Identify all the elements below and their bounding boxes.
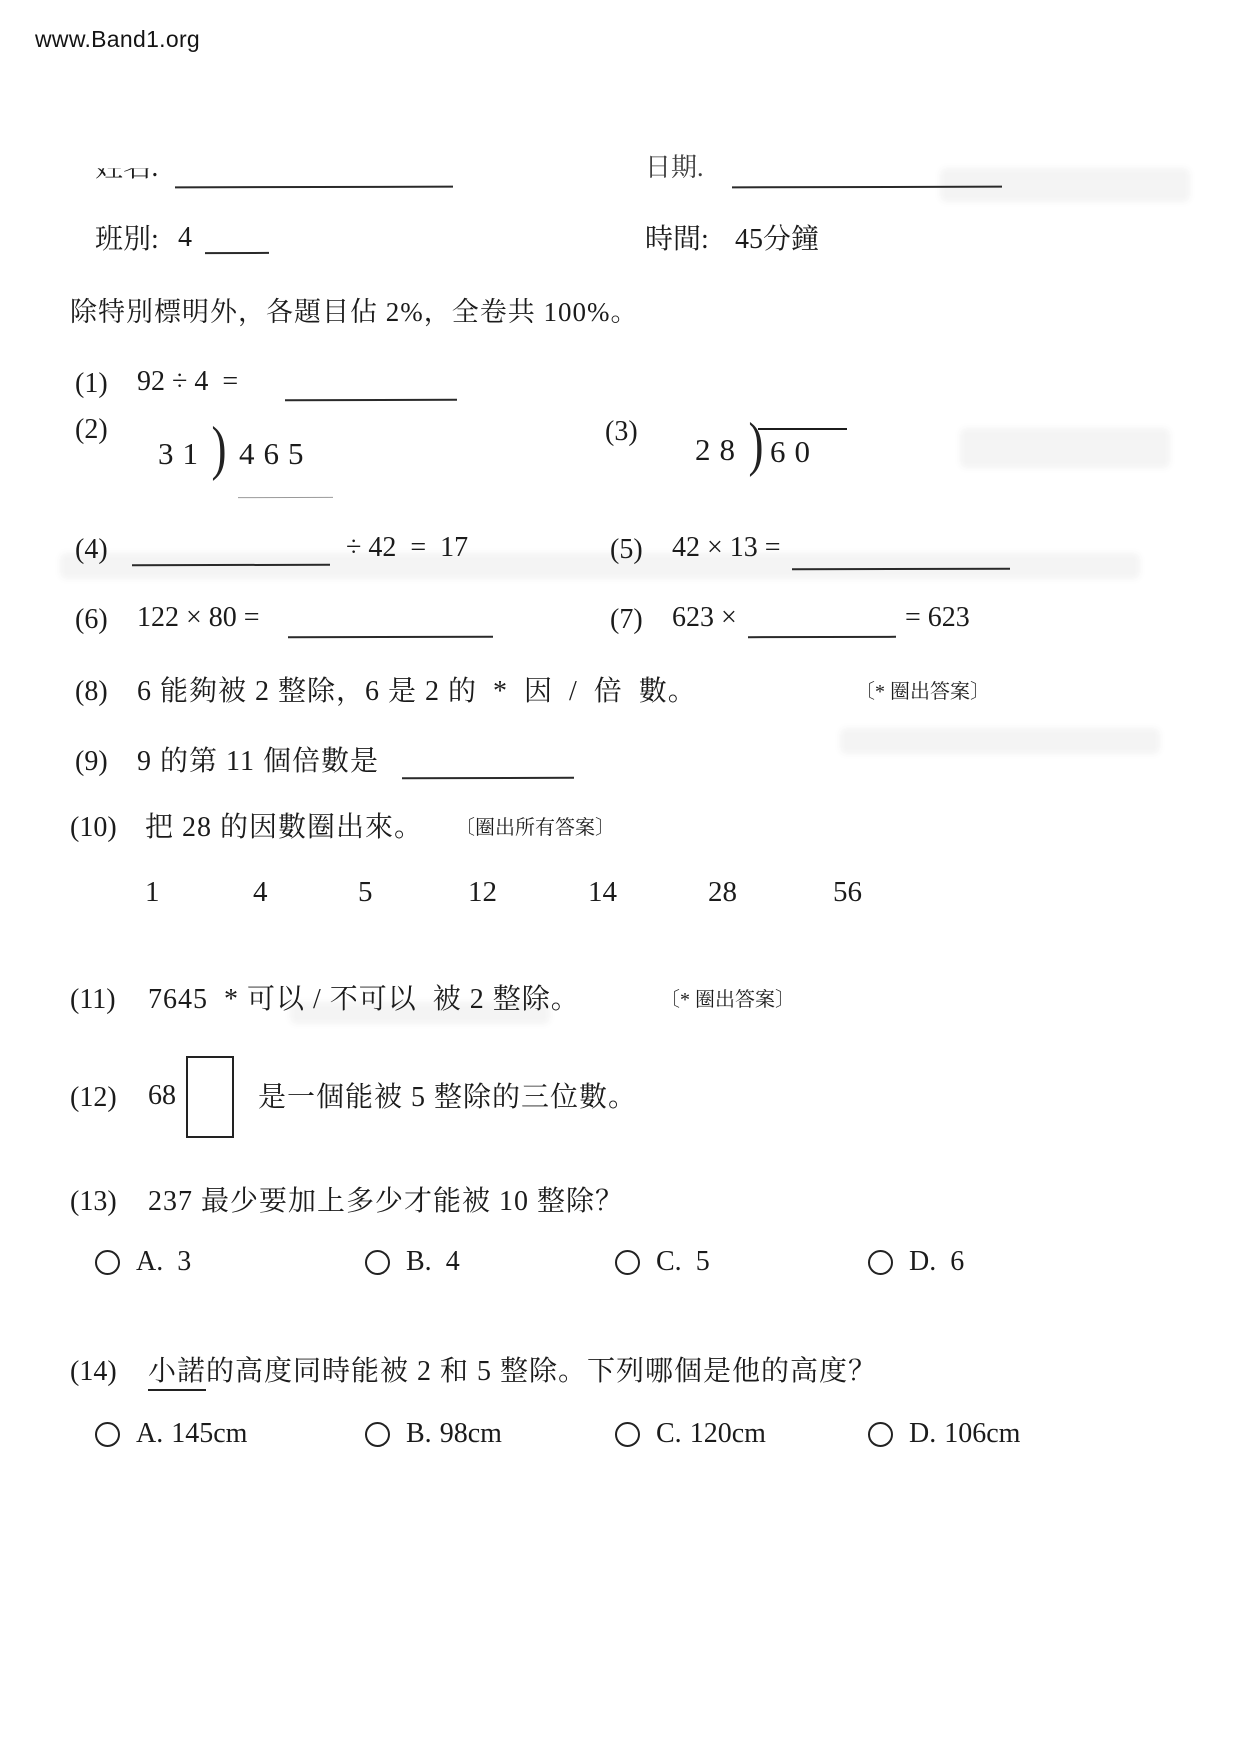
q7-answer-blank[interactable] [748,636,896,638]
q10-choice-1[interactable]: 1 [145,876,160,909]
q13-option-b[interactable]: B. 4 [365,1246,460,1278]
q8-text: 6 能夠被 2 整除，6 是 2 的 * 因 / 倍 數。 [137,674,697,709]
class-label: 班別: [95,222,159,257]
q12-digit-answer-box[interactable] [186,1056,234,1138]
q11-text: 7645 * 可以 / 不可以 被 2 整除。 [148,982,580,1017]
option-label: B. [406,1246,432,1278]
q3-long-division: 28 ) 60 [695,416,847,473]
class-blank[interactable] [205,252,269,254]
site-watermark: www.Band1.org [35,26,200,53]
q3-dividend: 60 [758,428,847,470]
option-value: 120cm [690,1418,766,1450]
q13-option-d[interactable]: D. 6 [868,1246,964,1278]
q10-choice-14[interactable]: 14 [588,876,617,909]
q1-expression: 92 ÷ 4 = [137,364,238,399]
date-label: 日期. [645,152,704,185]
q11-note: 〔* 圈出答案〕 [660,988,795,1013]
q10-number: (10) [70,810,117,845]
q10-choice-12[interactable]: 12 [468,876,497,909]
q8-note: 〔* 圈出答案〕 [855,680,990,705]
q14-option-b[interactable]: B. 98cm [365,1418,502,1450]
q3-number: (3) [605,414,638,449]
radio-circle-icon[interactable] [615,1250,640,1275]
q2-work-line[interactable] [238,497,333,498]
q10-choice-5[interactable]: 5 [358,876,373,909]
q2-divisor: 31 [158,436,207,472]
radio-circle-icon[interactable] [95,1250,120,1275]
option-label: D. [909,1246,936,1278]
q12-number: (12) [70,1080,117,1115]
q1-answer-blank[interactable] [285,399,457,401]
exam-page: www.Band1.org 姓名: 日期. 班別: 4 時間: 45分鐘 除特別… [0,0,1240,1754]
option-label: C. [656,1418,682,1450]
q13-option-c[interactable]: C. 5 [615,1246,710,1278]
q10-choice-28[interactable]: 28 [708,876,737,909]
name-blank[interactable] [175,186,453,189]
scan-artifact [840,728,1160,754]
q4-number: (4) [75,532,108,567]
q7-expression-right: = 623 [905,600,970,635]
option-label: A. [136,1418,163,1450]
q14-option-c[interactable]: C. 120cm [615,1418,766,1450]
name-label-text: 姓名: [95,150,159,185]
q11-number: (11) [70,982,116,1017]
q1-number: (1) [75,366,108,401]
radio-circle-icon[interactable] [868,1422,893,1447]
option-value: 145cm [171,1418,247,1450]
q10-note: 〔圈出所有答案〕 [455,816,615,841]
option-value: 6 [950,1246,964,1278]
option-label: D. [909,1418,936,1450]
q12-prefix: 68 [148,1078,176,1113]
q14-option-a[interactable]: A. 145cm [95,1418,247,1450]
q14-text-line: 小諾的高度同時能被 2 和 5 整除。下列哪個是他的高度？ [148,1354,877,1389]
option-label: A. [136,1246,163,1278]
q14-option-d[interactable]: D. 106cm [868,1418,1020,1450]
option-value: 98cm [440,1418,502,1450]
radio-circle-icon[interactable] [615,1422,640,1447]
q4-expression: ÷ 42 = 17 [346,530,468,565]
q3-divisor: 28 [695,432,744,468]
scan-artifact [960,428,1170,468]
q8-number: (8) [75,674,108,709]
radio-circle-icon[interactable] [95,1422,120,1447]
name-label: 姓名: [95,150,159,185]
q9-number: (9) [75,744,108,779]
q14-subject-underlined: 小諾 [148,1356,206,1391]
q10-text: 把 28 的因數圈出來。 [145,810,423,845]
q2-number: (2) [75,412,108,447]
q5-number: (5) [610,532,643,567]
time-value: 45分鐘 [735,222,819,257]
radio-circle-icon[interactable] [868,1250,893,1275]
q14-text: 的高度同時能被 2 和 5 整除。下列哪個是他的高度？ [206,1356,877,1387]
option-value: 3 [177,1246,191,1278]
q10-choice-56[interactable]: 56 [833,876,862,909]
option-value: 5 [696,1246,710,1278]
q2-long-division: 31 ) 465 [158,420,320,477]
option-label: B. [406,1418,432,1450]
q12-suffix: 是一個能被 5 整除的三位數。 [258,1080,637,1115]
time-label: 時間: [645,222,709,257]
option-label: C. [656,1246,682,1278]
q7-expression-left: 623 × [672,600,737,635]
instructions-text: 除特別標明外，各題目佔 2%，全卷共 100%。 [70,296,638,330]
q2-dividend: 465 [229,436,321,472]
q13-number: (13) [70,1184,117,1219]
q9-answer-blank[interactable] [402,777,574,779]
radio-circle-icon[interactable] [365,1250,390,1275]
q13-option-a[interactable]: A. 3 [95,1246,191,1278]
division-bracket-icon: ) [748,416,763,473]
division-bracket-icon: ) [211,420,226,477]
option-value: 106cm [944,1418,1020,1450]
q6-expression: 122 × 80 = [137,600,260,635]
class-value: 4 [178,220,192,255]
q9-text: 9 的第 11 個倍數是 [137,744,379,779]
q10-choice-4[interactable]: 4 [253,876,268,909]
q14-number: (14) [70,1354,117,1389]
q5-expression: 42 × 13 = [672,530,781,565]
q7-number: (7) [610,602,643,637]
q6-answer-blank[interactable] [288,636,493,639]
q13-text: 237 最少要加上多少才能被 10 整除？ [148,1184,624,1219]
q6-number: (6) [75,602,108,637]
radio-circle-icon[interactable] [365,1422,390,1447]
option-value: 4 [446,1246,460,1278]
